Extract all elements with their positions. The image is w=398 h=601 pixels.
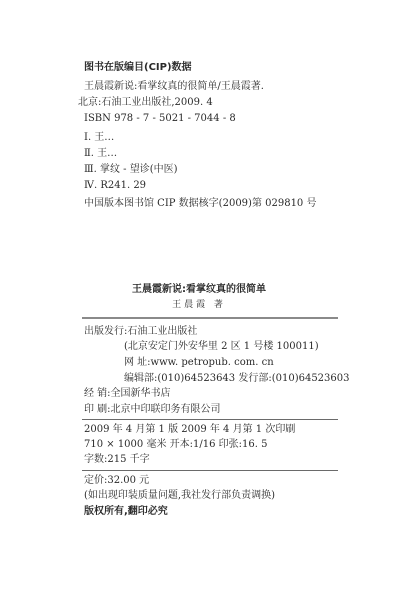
cip-subject-4: Ⅳ. R241. 29 xyxy=(84,180,146,192)
divider-edition xyxy=(82,470,338,471)
edition-line: 2009 年 4 月第 1 版 2009 年 4 月第 1 次印刷 xyxy=(84,424,295,436)
price: 定价:32.00 元 xyxy=(84,475,149,487)
printer: 印 刷:北京中印联印务有限公司 xyxy=(84,404,221,416)
publisher-phones: 编辑部:(010)64523643 发行部:(010)64523603 xyxy=(124,373,350,385)
word-count: 字数:215 千字 xyxy=(84,454,150,466)
cip-subject-3: Ⅲ. 掌纹 - 望诊(中医) xyxy=(84,164,178,176)
copyright-notice: 版权所有,翻印必究 xyxy=(84,506,168,518)
copyright-page: 图书在版编目(CIP)数据 王晨霞新说:看掌纹真的很简单/王晨霞著. 北京:石油… xyxy=(0,0,398,601)
format-line: 710 × 1000 毫米 开本:1/16 印张:16. 5 xyxy=(84,439,267,451)
cip-subject-1: Ⅰ. 王… xyxy=(84,132,114,144)
cip-entry-line1: 王晨霞新说:看掌纹真的很简单/王晨霞著. xyxy=(84,81,264,93)
divider-title xyxy=(82,317,338,319)
cip-isbn: ISBN 978 - 7 - 5021 - 7044 - 8 xyxy=(84,113,236,125)
distributor: 经 销:全国新华书店 xyxy=(84,388,171,400)
cip-number: 中国版本图书馆 CIP 数据核字(2009)第 029810 号 xyxy=(84,198,316,210)
book-title: 王晨霞新说:看掌纹真的很简单 xyxy=(0,284,398,296)
publisher-website: 网 址:www. petropub. com. cn xyxy=(124,357,274,369)
quality-notice: (如出现印装质量问题,我社发行部负责调换) xyxy=(84,490,275,502)
publisher-address: (北京安定门外安华里 2 区 1 号楼 100011) xyxy=(124,341,319,353)
divider-publisher xyxy=(82,419,338,420)
book-author: 王晨霞 著 xyxy=(0,299,398,311)
cip-entry-line2: 北京:石油工业出版社,2009. 4 xyxy=(78,97,213,109)
publisher-line: 出版发行:石油工业出版社 xyxy=(84,326,197,338)
cip-heading: 图书在版编目(CIP)数据 xyxy=(84,62,192,74)
cip-subject-2: Ⅱ. 王… xyxy=(84,148,117,160)
